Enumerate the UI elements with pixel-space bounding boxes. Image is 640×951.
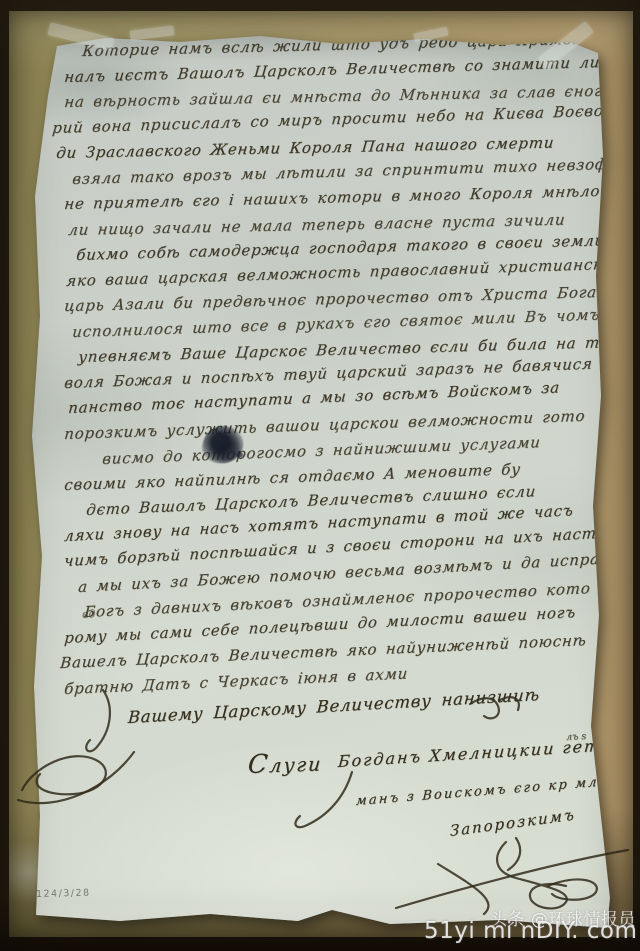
signature-name: Богданъ Хмелницкии гет [337,736,602,771]
salutation: Слуги [247,747,324,780]
signature-title: манъ з Воискомъ єго кр млсти [356,772,634,809]
document-paper-wrap: Которие намъ вслѣ жили што удъ ребо цара… [30,36,614,932]
catalog-number: 124/3/28 [36,888,91,900]
signature-host: Запорозкимъ [450,805,576,840]
margin-note: вд [82,607,96,621]
document-paper: Которие намъ вслѣ жили што удъ ребо цара… [30,36,614,932]
watermark-site: 51yi mi nDIY. com [424,918,637,944]
ink-speck [236,452,243,458]
framed-manuscript-photo: Которие намъ вслѣ жили што удъ ребо цара… [0,0,640,951]
manuscript-text: Которие намъ вслѣ жили што удъ ребо цара… [64,42,609,705]
signature-superscript: лъ ѕ [566,731,587,743]
